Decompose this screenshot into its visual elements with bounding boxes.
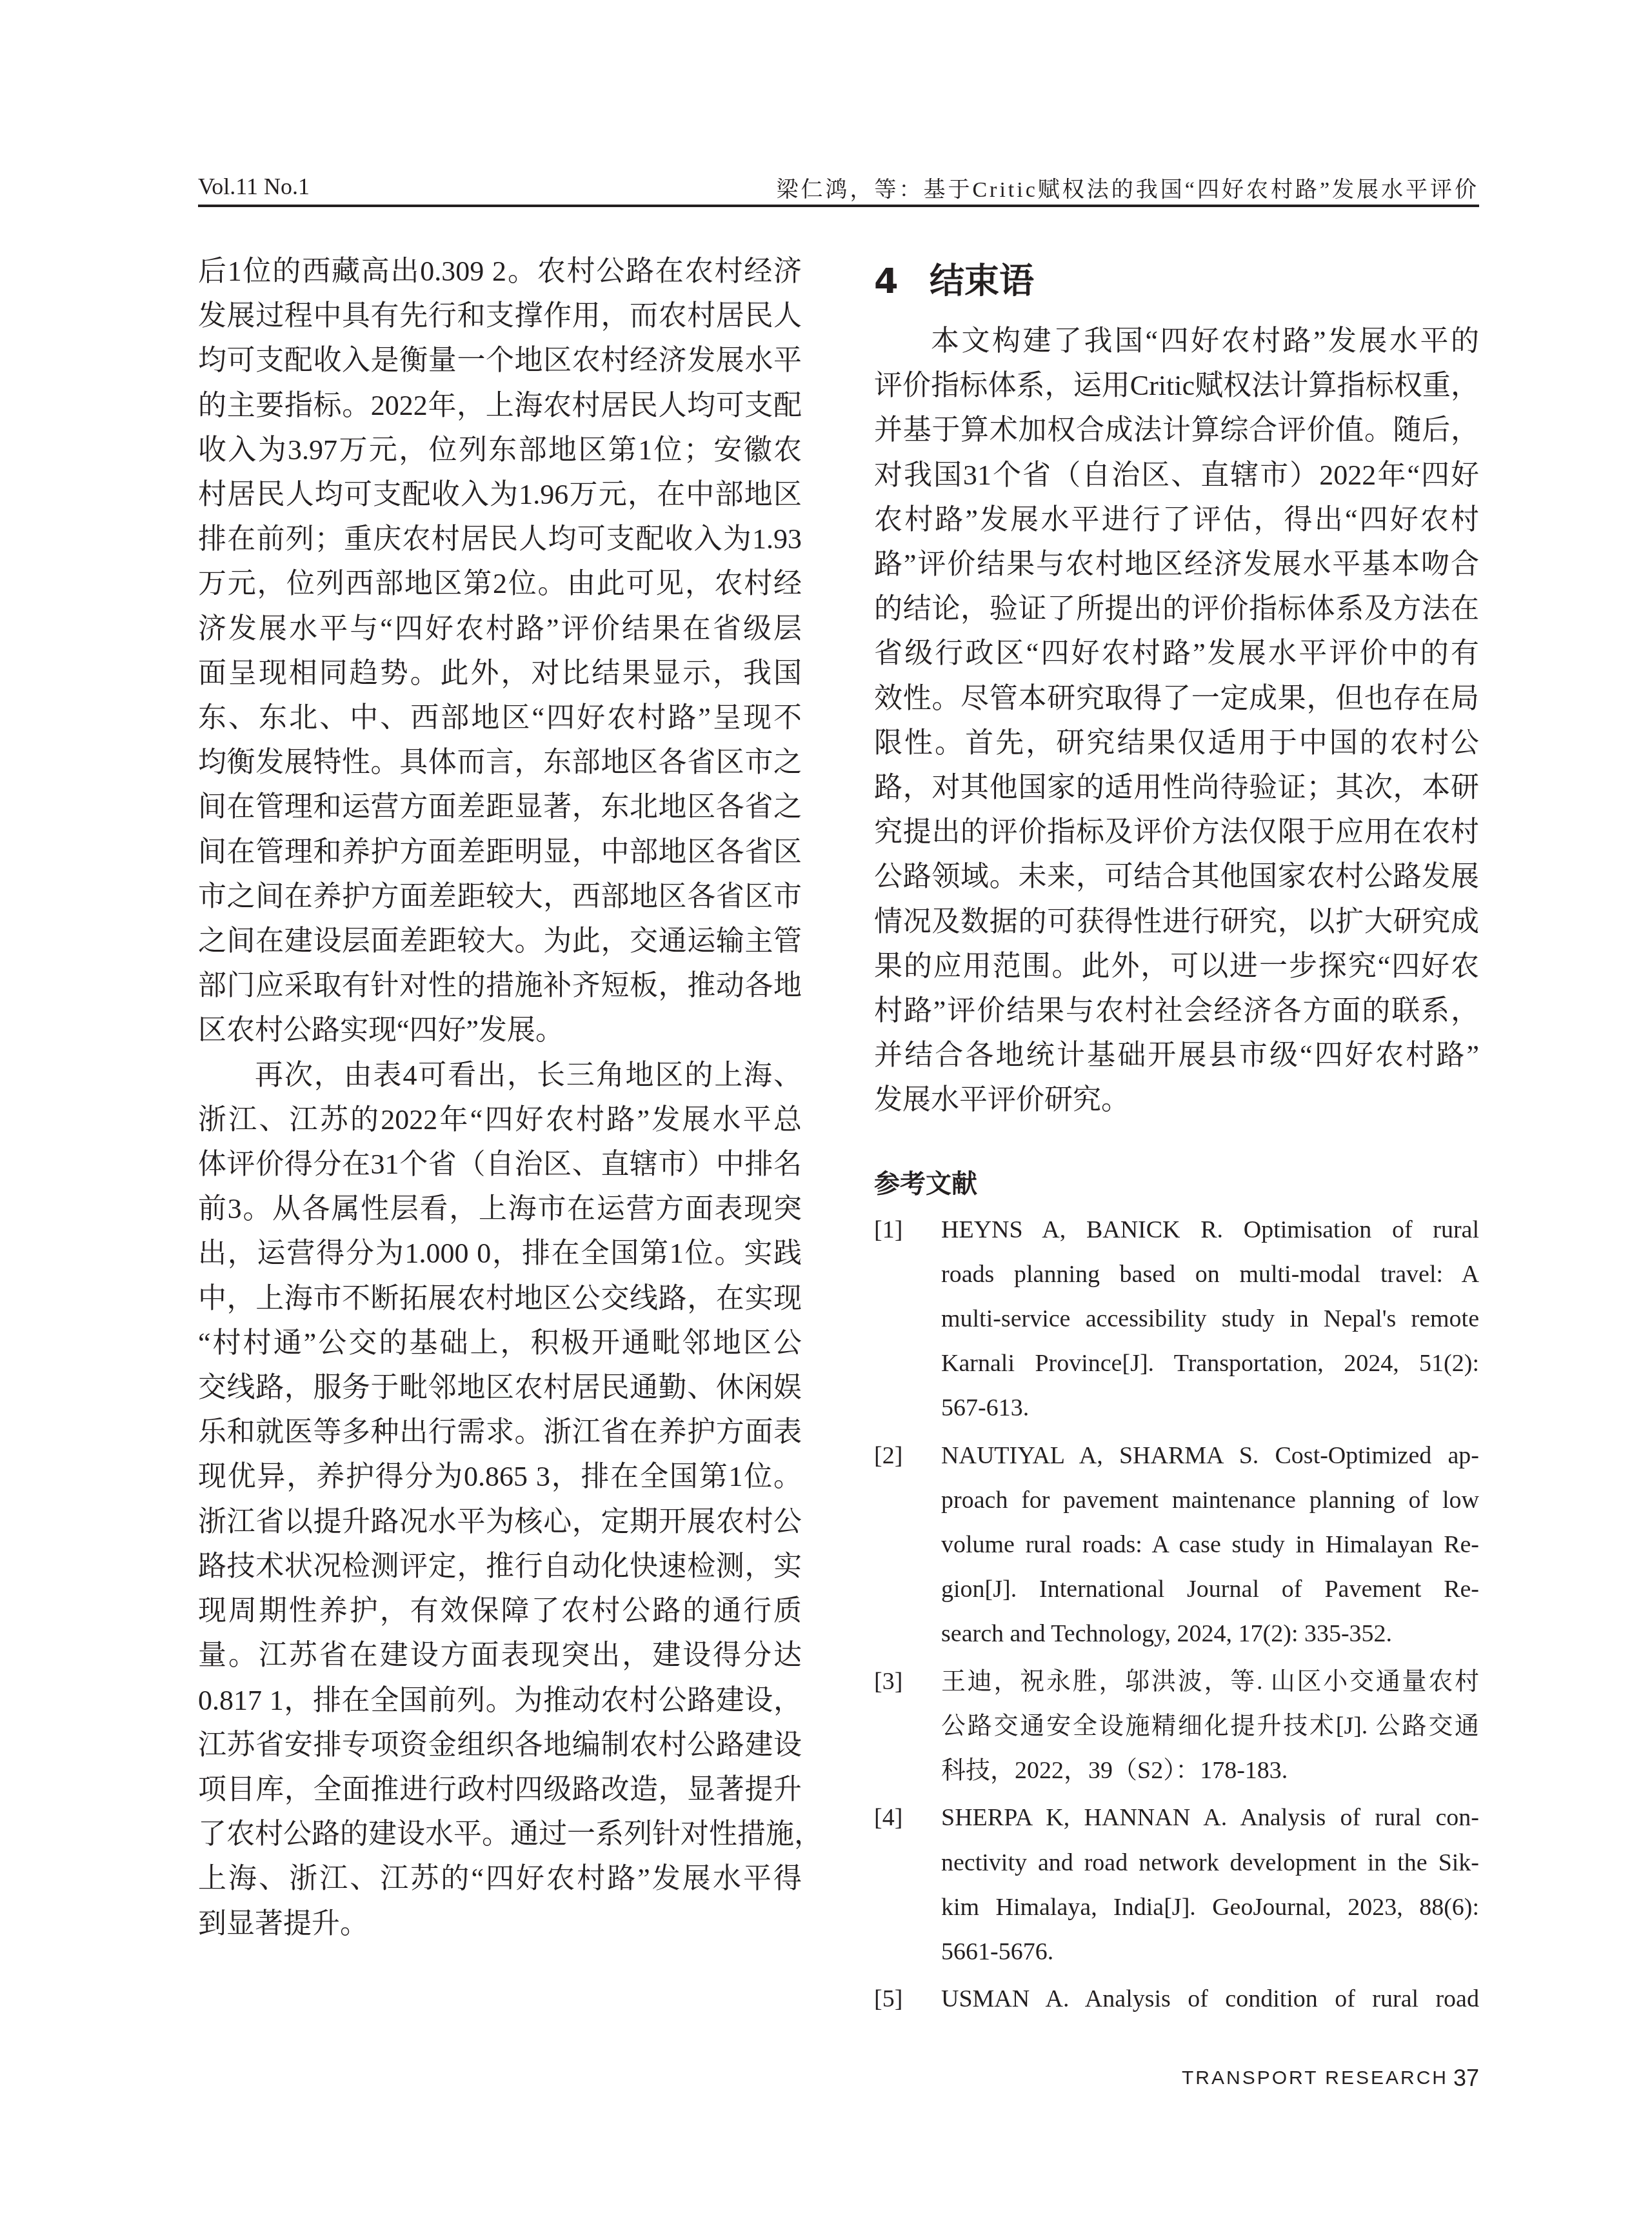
- text-line: 市之间在养护方面差距较大，西部地区各省区市: [198, 874, 802, 919]
- conclusion-paragraph: 本文构建了我国“四好农村路”发展水平的 评价指标体系，运用Critic赋权法计算…: [874, 319, 1479, 1123]
- text-line: 究提出的评价指标及评价方法仅限于应用在农村: [874, 810, 1479, 854]
- running-title: 梁仁鸿，等：基于Critic赋权法的我国“四好农村路”发展水平评价: [776, 172, 1479, 203]
- reference-number: [4]: [874, 1796, 902, 1840]
- text-line: 对我国31个省（自治区、直辖市）2022年“四好: [874, 453, 1479, 497]
- text-line: 间在管理和养护方面差距明显，中部地区各省区: [198, 830, 802, 874]
- text-line: 0.817 1，排在全国前列。为推动农村公路建设，: [198, 1678, 802, 1723]
- section-title: 结束语: [930, 261, 1034, 301]
- reference-line: HEYNS A, BANICK R. Optimisation of rural: [941, 1208, 1479, 1252]
- text-line: 均可支配收入是衡量一个地区农村经济发展水平: [198, 338, 802, 383]
- section-heading: 4结束语: [874, 249, 1479, 314]
- text-line: 再次，由表4可看出，长三角地区的上海、: [198, 1053, 802, 1098]
- text-line: 评价指标体系，运用Critic赋权法计算指标权重，: [874, 363, 1479, 408]
- text-line: 后1位的西藏高出0.309 2。农村公路在农村经济: [198, 249, 802, 294]
- text-line: 路，对其他国家的适用性尚待验证；其次，本研: [874, 765, 1479, 810]
- text-line: 限性。首先，研究结果仅适用于中国的农村公: [874, 721, 1479, 765]
- page-footer: TRANSPORT RESEARCH 37: [1182, 2065, 1479, 2093]
- body-paragraph-2: 再次，由表4可看出，长三角地区的上海、 浙江、江苏的2022年“四好农村路”发展…: [198, 1053, 802, 1946]
- text-line: 村路”评价结果与农村社会经济各方面的联系，: [874, 988, 1479, 1033]
- reference-number: [1]: [874, 1208, 902, 1252]
- right-column: 4结束语 本文构建了我国“四好农村路”发展水平的 评价指标体系，运用Critic…: [874, 249, 1479, 2021]
- text-line: 东、东北、中、西部地区“四好农村路”呈现不: [198, 696, 802, 740]
- section-number: 4: [874, 249, 930, 314]
- text-line: 了农村公路的建设水平。通过一系列针对性措施，: [198, 1812, 802, 1856]
- text-line: 浙江省以提升路况水平为核心，定期开展农村公: [198, 1499, 802, 1544]
- reference-line: search and Technology, 2024, 17(2): 335-…: [941, 1612, 1479, 1656]
- reference-line: multi-service accessibility study in Nep…: [941, 1297, 1479, 1341]
- text-line: 村居民人均可支配收入为1.96万元，在中部地区: [198, 472, 802, 517]
- text-line: 的结论，验证了所提出的评价指标体系及方法在: [874, 587, 1479, 631]
- reference-line: 5661-5676.: [941, 1930, 1479, 1974]
- text-line: 项目库，全面推进行政村四级路改造，显著提升: [198, 1767, 802, 1812]
- reference-line: 科技，2022，39（S2）：178-183.: [941, 1749, 1479, 1793]
- reference-line: USMAN A. Analysis of condition of rural …: [941, 1977, 1479, 2021]
- text-line: 发展过程中具有先行和支撑作用，而农村居民人: [198, 294, 802, 338]
- text-line: 均衡发展特性。具体而言，东部地区各省区市之: [198, 740, 802, 785]
- reference-line: 王迪，祝永胜，邬洪波，等. 山区小交通量农村: [941, 1659, 1479, 1704]
- text-line: 济发展水平与“四好农村路”评价结果在省级层: [198, 607, 802, 651]
- text-line: 公路领域。未来，可结合其他国家农村公路发展: [874, 854, 1479, 899]
- text-line: 农村路”发展水平进行了评估，得出“四好农村: [874, 497, 1479, 542]
- text-line: 交线路，服务于毗邻地区农村居民通勤、休闲娱: [198, 1365, 802, 1410]
- text-line: 省级行政区“四好农村路”发展水平评价中的有: [874, 631, 1479, 676]
- text-line: 部门应采取有针对性的措施补齐短板，推动各地: [198, 963, 802, 1008]
- body-paragraph-1: 后1位的西藏高出0.309 2。农村公路在农村经济 发展过程中具有先行和支撑作用…: [198, 249, 802, 1053]
- text-line: 量。江苏省在建设方面表现突出，建设得分达: [198, 1633, 802, 1678]
- reference-line: gion[J]. International Journal of Paveme…: [941, 1567, 1479, 1612]
- text-line: 上海、浙江、江苏的“四好农村路”发展水平得: [198, 1856, 802, 1901]
- text-line: 到显著提升。: [198, 1901, 802, 1946]
- reference-line: volume rural roads: A case study in Hima…: [941, 1523, 1479, 1567]
- reference-line: NAUTIYAL A, SHARMA S. Cost-Optimized ap-: [941, 1434, 1479, 1478]
- reference-item-5: [5] USMAN A. Analysis of condition of ru…: [874, 1977, 1479, 2021]
- text-line: 浙江、江苏的2022年“四好农村路”发展水平总: [198, 1098, 802, 1142]
- text-line: 发展水平评价研究。: [874, 1078, 1479, 1122]
- reference-line: kim Himalaya, India[J]. GeoJournal, 2023…: [941, 1885, 1479, 1930]
- volume-issue: Vol.11 No.1: [198, 173, 310, 200]
- text-line: 并结合各地统计基础开展县市级“四好农村路”: [874, 1033, 1479, 1078]
- text-line: 间在管理和运营方面差距显著，东北地区各省之: [198, 785, 802, 829]
- text-line: 本文构建了我国“四好农村路”发展水平的: [874, 319, 1479, 363]
- reference-item-2: [2] NAUTIYAL A, SHARMA S. Cost-Optimized…: [874, 1434, 1479, 1657]
- text-line: 现周期性养护，有效保障了农村公路的通行质: [198, 1589, 802, 1633]
- text-line: 果的应用范围。此外，可以进一步探究“四好农: [874, 944, 1479, 988]
- text-line: 情况及数据的可获得性进行研究，以扩大研究成: [874, 899, 1479, 944]
- text-line: 万元，位列西部地区第2位。由此可见，农村经: [198, 561, 802, 606]
- reference-item-3: [3] 王迪，祝永胜，邬洪波，等. 山区小交通量农村 公路交通安全设施精细化提升…: [874, 1659, 1479, 1794]
- reference-item-1: [1] HEYNS A, BANICK R. Optimisation of r…: [874, 1208, 1479, 1431]
- text-line: 出，运营得分为1.000 0，排在全国第1位。实践: [198, 1231, 802, 1276]
- reference-line: SHERPA K, HANNAN A. Analysis of rural co…: [941, 1796, 1479, 1840]
- text-line: “村村通”公交的基础上，积极开通毗邻地区公: [198, 1321, 802, 1365]
- text-line: 路”评价结果与农村地区经济发展水平基本吻合: [874, 542, 1479, 587]
- text-line: 乐和就医等多种出行需求。浙江省在养护方面表: [198, 1410, 802, 1454]
- text-line: 中，上海市不断拓展农村地区公交线路，在实现: [198, 1276, 802, 1321]
- text-line: 的主要指标。2022年，上海农村居民人均可支配: [198, 383, 802, 428]
- text-line: 现优异，养护得分为0.865 3，排在全国第1位。: [198, 1454, 802, 1499]
- reference-number: [5]: [874, 1977, 902, 2021]
- header-rule: [198, 205, 1479, 207]
- reference-item-4: [4] SHERPA K, HANNAN A. Analysis of rura…: [874, 1796, 1479, 1974]
- journal-name: TRANSPORT RESEARCH: [1182, 2067, 1448, 2089]
- text-line: 体评价得分在31个省（自治区、直辖市）中排名: [198, 1142, 802, 1187]
- reference-line: roads planning based on multi-modal trav…: [941, 1252, 1479, 1297]
- reference-line: 567-613.: [941, 1386, 1479, 1430]
- text-line: 前3。从各属性层看，上海市在运营方面表现突: [198, 1187, 802, 1231]
- reference-line: nectivity and road network development i…: [941, 1841, 1479, 1885]
- reference-number: [3]: [874, 1659, 902, 1704]
- page-number: 37: [1453, 2065, 1479, 2092]
- text-line: 面呈现相同趋势。此外，对比结果显示，我国: [198, 651, 802, 696]
- text-line: 排在前列；重庆农村居民人均可支配收入为1.93: [198, 517, 802, 561]
- text-line: 江苏省安排专项资金组织各地编制农村公路建设: [198, 1723, 802, 1767]
- reference-line: 公路交通安全设施精细化提升技术[J]. 公路交通: [941, 1704, 1479, 1749]
- left-column: 后1位的西藏高出0.309 2。农村公路在农村经济 发展过程中具有先行和支撑作用…: [198, 249, 802, 1946]
- text-line: 区农村公路实现“四好”发展。: [198, 1008, 802, 1052]
- reference-number: [2]: [874, 1434, 902, 1478]
- references-heading: 参考文献: [874, 1163, 1479, 1205]
- text-line: 之间在建设层面差距较大。为此，交通运输主管: [198, 919, 802, 963]
- text-line: 效性。尽管本研究取得了一定成果，但也存在局: [874, 676, 1479, 721]
- text-line: 并基于算术加权合成法计算综合评价值。随后，: [874, 408, 1479, 452]
- running-header: Vol.11 No.1 梁仁鸿，等：基于Critic赋权法的我国“四好农村路”发…: [198, 169, 1479, 205]
- text-line: 收入为3.97万元，位列东部地区第1位；安徽农: [198, 428, 802, 472]
- reference-line: Karnali Province[J]. Transportation, 202…: [941, 1341, 1479, 1386]
- text-line: 路技术状况检测评定，推行自动化快速检测，实: [198, 1544, 802, 1589]
- reference-line: proach for pavement maintenance planning…: [941, 1478, 1479, 1523]
